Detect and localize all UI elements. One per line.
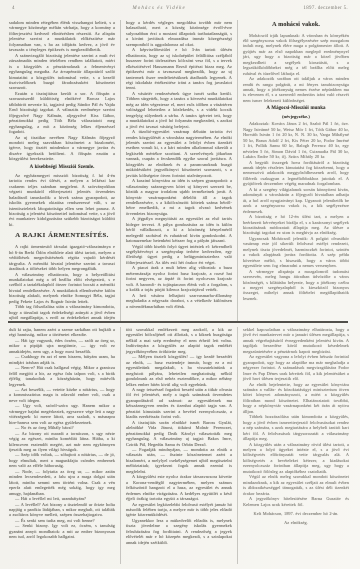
subhead-misszioi-szemle: A kisebbségi Missziói Szemle. [9,165,115,171]
paragraph: — Az bizony ott maradt a tornáczon, s ug… [9,431,115,453]
column-right-bottom: sekkel kapcsolatban a választmány elhatá… [241,327,351,564]
paragraph: — Fogadják mindnyájan, — mondotta az eln… [126,447,232,474]
paragraph: A nagy tetszéssel fogadott beszéd után a… [126,387,232,420]
paragraph: — Hát igy vagyunk, édes öcsém, — szólt a… [9,338,115,354]
paragraph: Több tag fölszólalása után a választmány… [9,304,115,321]
column-rule [237,20,238,321]
paragraph: Végül több kisebb folyó ügyet intéztek e… [126,244,232,266]
paragraph: Az uj tisztikar nevében Nagy Kálmán fője… [9,135,115,162]
paragraph: hogy a kérdés végleges megoldása tovább … [126,20,232,47]
paragraph: A jégpálya megnyitását az egyesület az e… [126,216,232,243]
paragraph: — Node, — folytatta az öreg ur, — mikor … [9,469,115,496]
section-divider-rule [8,321,348,323]
paragraph: Adakoztak: Kovács János 2 frt, Szabó Pál… [243,121,349,159]
paragraph: — Senki bizony. Igy volt ez, öcsém, s ta… [9,523,115,539]
paragraph: Többek hozzászólása után kimondotta a kö… [243,414,349,441]
paragraph: — Csakhogy én azt el nem hiszem, bátyám … [9,354,115,365]
subhead-nevjegyzek: (névjegyzéke.) [243,114,349,119]
column-left-top: sadalom minden rétegében élénk visszhang… [7,20,117,321]
running-head: 4 Mohács és Vidéke 1897. deczember 5. [12,6,348,11]
newspaper-page: 4 Mohács és Vidéke 1897. deczember 5. sa… [0,0,360,569]
paragraph: Az egyházmegyei missziói bizottság f. hó… [9,173,115,228]
headline-mohacsi-vakok: A mohácsi vakok. [243,22,349,30]
paragraph: Ezután a tisztujitásra került a sor. A f… [9,91,115,135]
signature-line: Az elnökség. [243,520,349,525]
paragraph: — Ugy volt, szóról-szóra ugy. Hanem miko… [9,403,115,425]
bottom-section: dult ki rajta, hanem azért a szeme sarká… [7,327,351,564]
paragraph: A képviselőtestület e hó 3-án tartott ül… [126,47,232,91]
column-right-top: A mohácsi vakok.Mohácsról irják lapunkna… [241,20,351,321]
paragraph: A vásártér rendezésének ügye ismét szóba… [126,91,232,129]
subhead-magocsi-misszioi-munka: A Mágocsi-Missziói munka [243,106,349,112]
paragraph: Az adakozók sorában ott találjuk a város… [243,76,349,103]
paragraph: A piaczi árak a mult héten alig változta… [126,265,232,292]
paragraph: A rajki ármentesitő társulat igazgató-vá… [9,244,115,271]
headline-armentesites: A RAJKI ÁRMENTESÍTÉS. [9,232,115,240]
paragraph: A közgyülést este nyolcz órakor társasva… [126,474,232,501]
paragraph: A számvizsgáló bizottság jelentése szeri… [9,53,115,91]
signature-date-line: Kelt Mohácson, 1897. évi deczember hó 2-… [243,511,349,516]
paragraph: A kaszinó könyvtára az idén is szépen gy… [126,178,232,216]
paragraph: Mohácsról irják lapunknak: A városban és… [243,33,349,77]
paragraph: A közgyülés után a választmány rövid ülé… [243,442,349,475]
top-section: sadalom minden rétegében élénk visszhang… [7,20,351,321]
page-number: 4 [12,6,15,11]
issue-date: 1897. deczember 5. [303,6,348,11]
paragraph: A begyült összegek hova forditásáról a b… [243,160,349,187]
paragraph: Az egyesület legközelebbi felolvasó esté… [126,502,232,518]
column-middle-top: hogy a kérdés végleges megoldása tovább … [124,20,234,321]
paragraph: sekkel kapcsolatban a választmány elhatá… [243,327,349,354]
paragraph: — A levéllel? Azt bizony a tisztelendő u… [9,502,115,518]
column-left-bottom: dult ki rajta, hanem azért a szeme sarká… [7,327,117,564]
paragraph: A vármegye alispánja a mozgalomról tudom… [243,269,349,302]
paragraph: sadalom minden rétegében élénk visszhang… [9,20,115,53]
paragraph: Az elnök bejelentette, hogy az egyesület… [243,382,349,415]
paragraph: Ugyanekkor lesz a mükedvelői előadás is,… [126,518,232,545]
column-rule [120,20,121,321]
paragraph: A jegyzőkönyv hitelesitésére Barna Guszt… [243,496,349,507]
paragraph: dult ki rajta, hanem azért a szeme sarká… [9,327,115,338]
paragraph: — Szép idők voltak, — sóhajtott a nótári… [9,452,115,468]
column-rule [237,327,238,564]
paper-title: Mohács és Vidéke [132,6,185,11]
paragraph: A választmány elhatározta, hogy a helyre… [9,272,115,305]
column-rule [120,327,121,564]
paragraph: A ki a szegény világtalanok sorsán könny… [243,187,349,214]
paragraph: — Nem-e? Hát csak hallgasd végig. Mikor … [9,365,115,387]
paragraph: A bizottság e hó 12-én ülést tart, a mel… [243,214,349,236]
paragraph: — Mélyen tisztelt közgyülés! — igy kezdé… [126,354,232,387]
paragraph: A tüzoltó-egyesület vasárnap délután tar… [126,129,232,178]
paragraph: tött szavakkal emlékezett meg azokról, a… [126,327,232,354]
paragraph: — Azt beszélik, — vetette közbe a nótári… [9,387,115,403]
paragraph: Végül az elnök meleg szavakkal mondott k… [243,474,349,496]
paragraph: Ugyancsak Mohácsról jelentik: A polgári … [243,236,349,269]
paragraph: A tisztujitás során elnökké ismét Baross… [126,420,232,447]
column-middle-bottom: tött szavakkal emlékezett meg azokról, a… [124,327,234,564]
paragraph: A heti vásárra felhajtott szarvasmarha-á… [126,293,232,309]
paragraph: Az egyesület vagyona a lefolyt évben hét… [243,354,349,381]
